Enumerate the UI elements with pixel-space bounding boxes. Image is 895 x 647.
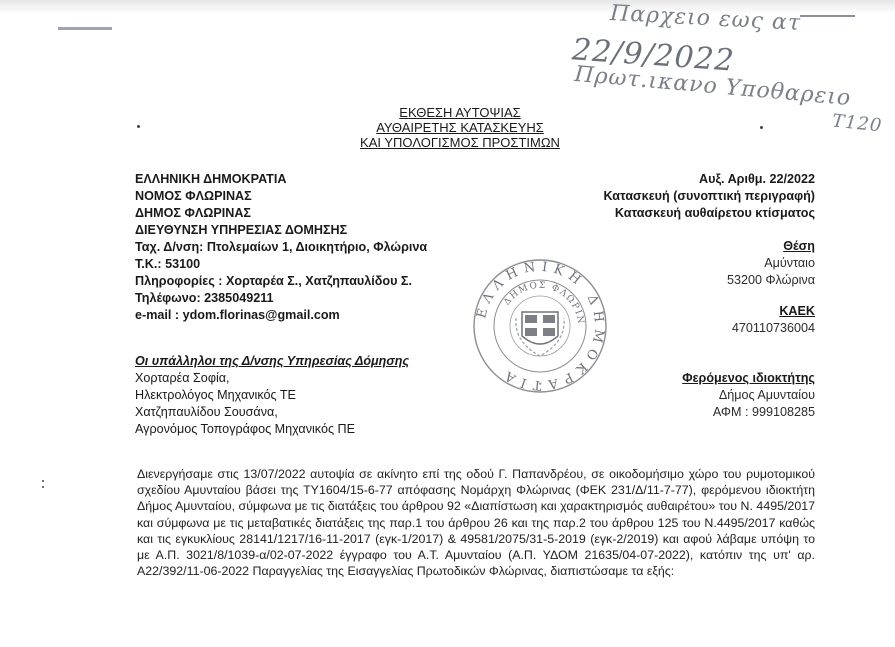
staff-line: Χατζηπαυλίδου Σουσάνα,	[135, 404, 409, 421]
scan-speck	[137, 125, 140, 128]
location-label: Θέση	[727, 238, 815, 255]
location-block: Θέση Αμύνταιο 53200 Φλώρινα	[727, 238, 815, 289]
svg-text:*: *	[538, 381, 541, 390]
location-postal: 53200 Φλώρινα	[727, 272, 815, 289]
location-place: Αμύνταιο	[727, 255, 815, 272]
issuer-prefecture: ΝΟΜΟΣ ΦΛΩΡΙΝΑΣ	[135, 188, 427, 205]
issuer-municipality: ΔΗΜΟΣ ΦΛΩΡΙΝΑΣ	[135, 205, 427, 222]
issuer-email: e-mail : ydom.florinas@gmail.com	[135, 307, 427, 324]
document-title: ΕΚΘΕΣΗ ΑΥΤΟΨΙΑΣ ΑΥΘΑΙΡΕΤΗΣ ΚΑΤΑΣΚΕΥΗΣ ΚΑ…	[300, 105, 620, 150]
owner-name: Δήμος Αμυνταίου	[682, 387, 815, 404]
kaek-label: ΚΑΕΚ	[732, 303, 815, 320]
owner-afm: ΑΦΜ : 999108285	[682, 404, 815, 421]
staff-line: Ηλεκτρολόγος Μηχανικός ΤΕ	[135, 387, 409, 404]
reference-number: Αυξ. Αριθμ. 22/2022	[604, 171, 816, 188]
scan-artifact-mark	[58, 27, 112, 30]
staff-line: Αγρονόμος Τοπογράφος Μηχανικός ΠΕ	[135, 421, 409, 438]
owner-label: Φερόμενος ιδιοκτήτης	[682, 370, 815, 387]
official-stamp: ΕΛΛΗΝΙΚΗ ΔΗΜΟΚΡΑΤΙΑ ΔΗΜΟΣ ΦΛΩΡΙΝΑΣ *	[470, 256, 610, 396]
reference-block: Αυξ. Αριθμ. 22/2022 Κατασκευή (συνοπτική…	[604, 171, 816, 222]
owner-block: Φερόμενος ιδιοκτήτης Δήμος Αμυνταίου ΑΦΜ…	[682, 370, 815, 421]
issuer-info: Πληροφορίες : Χορταρέα Σ., Χατζηπαυλίδου…	[135, 273, 427, 290]
staff-label: Οι υπάλληλοι της Δ/νσης Υπηρεσίας Δόμηση…	[135, 353, 409, 370]
scan-speck	[42, 486, 44, 488]
title-line: ΑΥΘΑΙΡΕΤΗΣ ΚΑΤΑΣΚΕΥΗΣ	[300, 120, 620, 135]
issuer-block: ΕΛΛΗΝΙΚΗ ΔΗΜΟΚΡΑΤΙΑ ΝΟΜΟΣ ΦΛΩΡΙΝΑΣ ΔΗΜΟΣ…	[135, 171, 427, 324]
staff-block: Οι υπάλληλοι της Δ/νσης Υπηρεσίας Δόμηση…	[135, 353, 409, 438]
kaek-block: ΚΑΕΚ 470110736004	[732, 303, 815, 337]
construction-label: Κατασκευή (συνοπτική περιγραφή)	[604, 188, 816, 205]
issuer-address: Ταχ. Δ/νση: Πτολεμαίων 1, Διοικητήριο, Φ…	[135, 239, 427, 256]
construction-description: Κατασκευή αυθαίρετου κτίσματος	[604, 205, 816, 222]
handwritten-line: Τ120	[831, 110, 883, 136]
scan-speck	[42, 480, 44, 482]
issuer-directorate: ΔΙΕΥΘΥΝΣΗ ΥΠΗΡΕΣΙΑΣ ΔΟΜΗΣΗΣ	[135, 222, 427, 239]
greek-coat-of-arms-icon	[516, 312, 564, 356]
scan-speck	[760, 126, 763, 129]
title-line: ΕΚΘΕΣΗ ΑΥΤΟΨΙΑΣ	[300, 105, 620, 120]
issuer-phone: Τηλέφωνο: 2385049211	[135, 290, 427, 307]
title-line: ΚΑΙ ΥΠΟΛΟΓΙΣΜΟΣ ΠΡΟΣΤΙΜΩΝ	[300, 135, 620, 150]
issuer-postal-code: Τ.Κ.: 53100	[135, 256, 427, 273]
stamp-seal-icon: ΕΛΛΗΝΙΚΗ ΔΗΜΟΚΡΑΤΙΑ ΔΗΜΟΣ ΦΛΩΡΙΝΑΣ *	[470, 256, 610, 396]
staff-line: Χορταρέα Σοφία,	[135, 370, 409, 387]
inspection-paragraph: Διενεργήσαμε στις 13/07/2022 αυτοψία σε …	[137, 466, 815, 579]
handwritten-strike	[800, 15, 855, 17]
issuer-republic: ΕΛΛΗΝΙΚΗ ΔΗΜΟΚΡΑΤΙΑ	[135, 171, 427, 188]
kaek-value: 470110736004	[732, 320, 815, 337]
